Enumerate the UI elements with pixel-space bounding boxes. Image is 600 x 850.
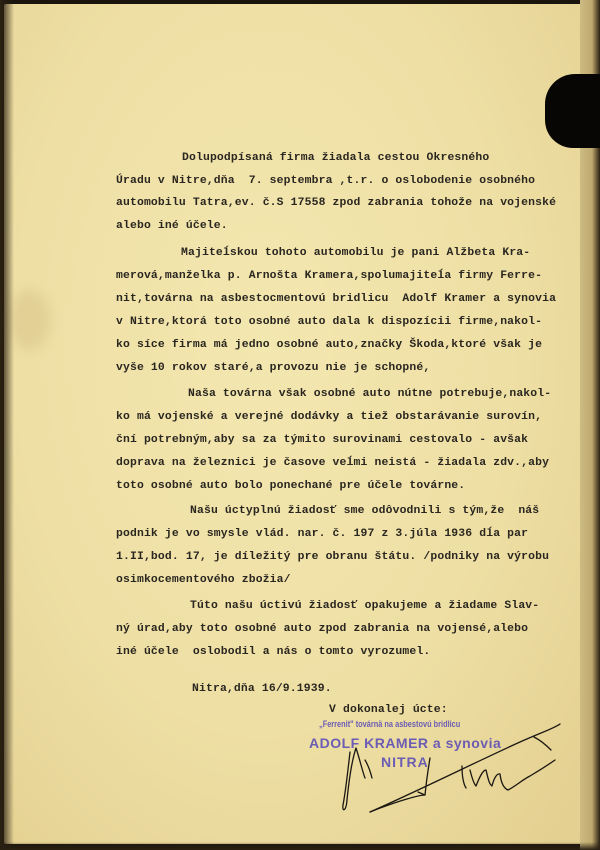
signature-icon: [0, 0, 600, 850]
